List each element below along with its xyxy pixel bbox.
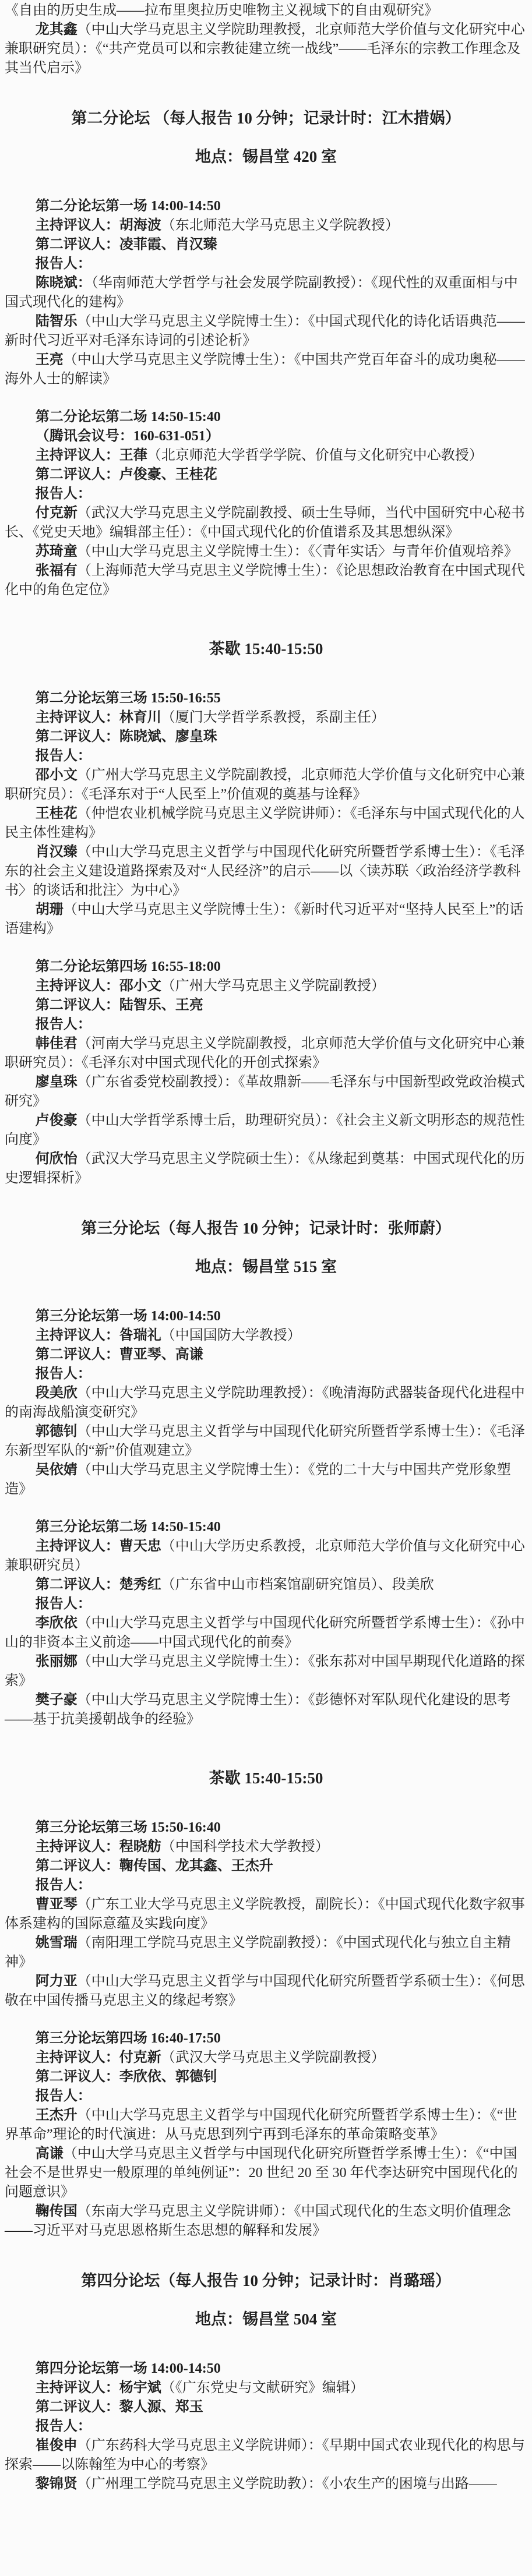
forum-location: 地点：锡昌堂 504 室: [5, 2308, 527, 2330]
forum-location: 地点：锡昌堂 515 室: [5, 1256, 527, 1278]
session-title: 第三分论坛第一场 14:00-14:50: [5, 1307, 527, 1326]
host-reviewer: 主持评议人：王葎（北京师范大学哲学学院、价值与文化研究中心教授）: [5, 446, 527, 465]
second-reviewer-label: 第二评议人：: [36, 998, 119, 1013]
host-reviewer-detail: （东北师范大学马克思主义学院教授）: [161, 218, 399, 233]
second-reviewer: 第二评议人：楚秀红（广东省中山市档案馆副研究馆员）、段美欣: [5, 1575, 527, 1595]
speaker-entry: 肖汉臻（中山大学马克思主义哲学与中国现代化研究所暨哲学系博士生）：《毛泽东的社会…: [5, 843, 527, 900]
host-reviewer-label: 主持评议人：: [36, 978, 119, 994]
second-reviewer-label: 第二评议人：: [36, 729, 119, 744]
speaker-name: 姚雪瑞: [36, 1935, 77, 1950]
speaker-name: 苏琦童: [36, 544, 77, 559]
forum-header: 第四分论坛（每人报告 10 分钟；记录计时：肖璐瑶）: [5, 2270, 527, 2292]
second-reviewer: 第二评议人：黎人源、郑玉: [5, 2398, 527, 2417]
second-reviewer-name: 卢俊豪、王桂花: [119, 467, 217, 482]
speaker-entry: 卢俊豪（中山大学哲学系博士后，助理研究员）：《社会主义新文明形态的规范性向度》: [5, 1111, 527, 1150]
host-reviewer-label: 主持评议人：: [36, 218, 119, 233]
host-reviewer-name: 杨宇斌: [119, 2380, 161, 2395]
speaker-entry: 樊子豪（中山大学马克思主义学院博士生）：《彭德怀对军队现代化建设的思考——基于抗…: [5, 1691, 527, 1729]
speakers-label: 报告人：: [5, 1015, 527, 1034]
carryover-speaker: 龙其鑫（中山大学马克思主义学院助理教授，北京师范大学价值与文化研究中心兼职研究员…: [5, 20, 527, 78]
speaker-entry: 廖皇珠（广东省委党校副教授）：《革故鼎新——毛泽东与中国新型政党政治模式研究》: [5, 1073, 527, 1111]
second-reviewer: 第二评议人：卢俊豪、王桂花: [5, 465, 527, 485]
speakers-label-text: 报告人：: [36, 748, 91, 764]
speaker-name: 王亮: [36, 352, 64, 368]
speakers-label-text: 报告人：: [36, 1017, 91, 1032]
speaker-detail: （武汉大学马克思主义学院副教授、硕士生导师，当代中国研究中心秘书长、《党史天地》…: [5, 506, 525, 540]
second-reviewer-detail: （广东省中山市档案馆副研究馆员）、段美欣: [161, 1577, 434, 1592]
speaker-detail: （中山大学马克思主义学院博士生）：《新时代习近平对“坚持人民至上”的话语建构》: [5, 902, 523, 937]
speaker-entry: 何欣怡（武汉大学马克思主义学院硕士生）：《从缘起到奠基：中国式现代化的历史逻辑探…: [5, 1150, 527, 1188]
host-reviewer-label: 主持评议人：: [36, 1328, 119, 1343]
second-reviewer: 第二评议人：鞠传国、龙其鑫、王杰升: [5, 1857, 527, 1876]
speaker-name: 李欣依: [36, 1616, 77, 1631]
speaker-name: 张福有: [36, 563, 77, 578]
speaker-detail: （中山大学马克思主义学院博士生）：《党的二十大与中国共产党形象塑造》: [5, 1462, 511, 1497]
speaker-name: 张丽娜: [36, 1654, 77, 1669]
speaker-detail: （中山大学马克思主义哲学与中国现代化研究所暨哲学系博士生）：《孙中山的非资本主义…: [5, 1616, 525, 1650]
speaker-entry: 张丽娜（中山大学马克思主义学院博士生）：《张东荪对中国早期现代化道路的探索》: [5, 1652, 527, 1691]
speakers-label-text: 报告人：: [36, 2089, 91, 2104]
host-reviewer-detail: （武汉大学马克思主义学院副教授）: [161, 2050, 385, 2065]
second-reviewer: 第二评议人：陈晓斌、廖皇珠: [5, 727, 527, 747]
host-reviewer-name: 曹天忠: [119, 1539, 161, 1554]
speaker-detail: （中山大学马克思主义学院助理教授）：《晚清海防武器装备现代化进程中的南海战船演变…: [5, 1386, 525, 1420]
speaker-entry: 吴依婧（中山大学马克思主义学院博士生）：《党的二十大与中国共产党形象塑造》: [5, 1461, 527, 1499]
carryover-paper-title: 《自由的历史生成——拉布里奥拉历史唯物主义视域下的自由观研究》: [5, 1, 527, 20]
session-title: 第二分论坛第二场 14:50-15:40: [5, 408, 527, 427]
speaker-entry: 高谦（中山大学马克思主义哲学与中国现代化研究所暨哲学系博士生）：《“中国社会不是…: [5, 2144, 527, 2202]
speakers-label: 报告人：: [5, 2087, 527, 2106]
speaker-entry: 付克新（武汉大学马克思主义学院副教授、硕士生导师，当代中国研究中心秘书长、《党史…: [5, 504, 527, 542]
speaker-detail: （广州大学马克思主义学院副教授，北京师范大学价值与文化研究中心兼职研究员）：《毛…: [5, 768, 525, 802]
host-reviewer-label: 主持评议人：: [36, 2380, 119, 2395]
speaker-entry: 崔俊申（广东药科大学马克思主义学院讲师）：《早期中国式农业现代化的构思与探索——…: [5, 2436, 527, 2475]
speaker-name: 陈晓斌：: [36, 275, 91, 291]
host-reviewer: 主持评议人：付克新（武汉大学马克思主义学院副教授）: [5, 2048, 527, 2068]
host-reviewer-label: 主持评议人：: [36, 2050, 119, 2065]
session-title: 第二分论坛第三场 15:50-16:55: [5, 689, 527, 708]
speaker-entry: 胡珊（中山大学马克思主义学院博士生）：《新时代习近平对“坚持人民至上”的话语建构…: [5, 900, 527, 939]
host-reviewer-detail: （北京师范大学哲学学院、价值与文化研究中心教授）: [147, 448, 483, 463]
speaker-name: 樊子豪: [36, 1692, 77, 1708]
speaker-name: 邵小文: [36, 768, 77, 783]
speaker-detail: （仲恺农业机械学院马克思主义学院讲师）：《毛泽东与中国式现代化的人民主体性建构》: [5, 806, 525, 840]
speakers-label: 报告人：: [5, 1595, 527, 1614]
host-reviewer: 主持评议人：林育川（厦门大学哲学系教授，系副主任）: [5, 708, 527, 727]
speaker-entry: 黎锦贤（广州理工学院马克思主义学院助教）：《小农生产的困境与出路——: [5, 2475, 527, 2494]
speakers-label-text: 报告人：: [36, 486, 91, 501]
forum-location: 地点：锡昌堂 420 室: [5, 146, 527, 168]
speakers-label-text: 报告人：: [36, 1596, 91, 1612]
speaker-entry: 张福有（上海师范大学马克思主义学院博士生）：《论思想政治教育在中国式现代化中的角…: [5, 561, 527, 600]
second-reviewer: 第二评议人：李欣依、郭德钊: [5, 2068, 527, 2087]
speaker-entry: 王桂花（仲恺农业机械学院马克思主义学院讲师）：《毛泽东与中国式现代化的人民主体性…: [5, 804, 527, 843]
speaker-detail: （武汉大学马克思主义学院硕士生）：《从缘起到奠基：中国式现代化的历史逻辑探析》: [5, 1151, 525, 1186]
host-reviewer-label: 主持评议人：: [36, 710, 119, 725]
second-reviewer-name: 陈晓斌、廖皇珠: [119, 729, 217, 744]
host-reviewer-name: 程晓舫: [119, 1839, 161, 1854]
speaker-name: 付克新: [36, 506, 77, 521]
speakers-label-text: 报告人：: [36, 1878, 91, 1893]
speaker-name: 陆智乐: [36, 314, 77, 329]
second-reviewer: 第二评议人：凌菲霞、肖汉臻: [5, 235, 527, 255]
session-title: 第三分论坛第三场 15:50-16:40: [5, 1818, 527, 1838]
second-reviewer-label: 第二评议人：: [36, 2069, 119, 2084]
speaker-name: 王杰升: [36, 2108, 77, 2123]
carryover-speaker-detail: （中山大学马克思主义学院助理教授，北京师范大学价值与文化研究中心兼职研究员）：《…: [5, 22, 525, 76]
speaker-name: 吴依婧: [36, 1462, 77, 1478]
speaker-detail: （中山大学马克思主义哲学与中国现代化研究所暨哲学系博士生）：《“中国社会不是世界…: [5, 2146, 518, 2200]
speaker-name: 崔俊申: [36, 2438, 77, 2453]
speaker-detail: （中山大学马克思主义学院博士生）：《中国式现代化的诗化话语典范——新时代习近平对…: [5, 314, 525, 348]
speaker-name: 王桂花: [36, 806, 77, 821]
speaker-detail: （广东药科大学马克思主义学院讲师）：《早期中国式农业现代化的构思与探索——以陈翰…: [5, 2438, 525, 2472]
speaker-entry: 李欣依（中山大学马克思主义哲学与中国现代化研究所暨哲学系博士生）：《孙中山的非资…: [5, 1614, 527, 1652]
forums: 第二分论坛 （每人报告 10 分钟；记录计时：江木措娲）地点：锡昌堂 420 室…: [5, 107, 527, 2494]
second-reviewer-name: 曹亚琴、高谦: [119, 1347, 203, 1362]
speaker-entry: 段美欣（中山大学马克思主义学院助理教授）：《晚清海防武器装备现代化进程中的南海战…: [5, 1384, 527, 1422]
session-title: 第三分论坛第四场 16:40-17:50: [5, 2029, 527, 2048]
forum-header: 第三分论坛（每人报告 10 分钟；记录计时：张师蔚）: [5, 1217, 527, 1239]
session-block: 第四分论坛第一场 14:00-14:50主持评议人：杨宇斌（《广东党史与文献研究…: [5, 2359, 527, 2494]
host-reviewer: 主持评议人：曹天忠（中山大学历史系教授，北京师范大学价值与文化研究中心兼职研究员…: [5, 1537, 527, 1575]
host-reviewer: 主持评议人：胡海波（东北师范大学马克思主义学院教授）: [5, 216, 527, 235]
speaker-entry: 姚雪瑞（南阳理工学院马克思主义学院副教授）：《中国式现代化与独立自主精神》: [5, 1934, 527, 1972]
speaker-name: 肖汉臻: [36, 844, 77, 860]
speaker-entry: 曹亚琴（广东工业大学马克思主义学院教授，副院长）：《中国式现代化数字叙事体系建构…: [5, 1895, 527, 1934]
host-reviewer: 主持评议人：杨宇斌（《广东党史与文献研究》编辑）: [5, 2379, 527, 2398]
session-block: 第三分论坛第四场 16:40-17:50主持评议人：付克新（武汉大学马克思主义学…: [5, 2029, 527, 2241]
second-reviewer-name: 鞠传国、龙其鑫、王杰升: [119, 1858, 273, 1874]
speakers-label: 报告人：: [5, 747, 527, 766]
speaker-name: 卢俊豪: [36, 1113, 77, 1128]
speaker-entry: 韩佳君（河南大学马克思主义学院副教授，北京师范大学价值与文化研究中心兼职研究员）…: [5, 1034, 527, 1073]
speakers-label: 报告人：: [5, 2417, 527, 2436]
speaker-entry: 王杰升（中山大学马克思主义哲学与中国现代化研究所暨哲学系博士生）：《“世界革命”…: [5, 2106, 527, 2144]
speakers-label-text: 报告人：: [36, 256, 91, 271]
speaker-entry: 陆智乐（中山大学马克思主义学院博士生）：《中国式现代化的诗化话语典范——新时代习…: [5, 312, 527, 351]
speaker-name: 何欣怡: [36, 1151, 77, 1167]
speaker-name: 廖皇珠: [36, 1075, 77, 1090]
tea-break: 茶歇 15:40-15:50: [5, 1767, 527, 1789]
session-block: 第二分论坛第一场 14:00-14:50主持评议人：胡海波（东北师范大学马克思主…: [5, 197, 527, 389]
session-block: 第三分论坛第二场 14:50-15:40主持评议人：曹天忠（中山大学历史系教授，…: [5, 1518, 527, 1729]
speakers-label-text: 报告人：: [36, 2419, 91, 2434]
speaker-name: 胡珊: [36, 902, 64, 917]
speaker-name: 曹亚琴: [36, 1897, 77, 1912]
speaker-entry: 苏琦童（中山大学马克思主义学院博士生）：《〈青年实话〉与青年价值观培养》: [5, 542, 527, 561]
second-reviewer-name: 李欣依、郭德钊: [119, 2069, 217, 2084]
session-title: 第三分论坛第二场 14:50-15:40: [5, 1518, 527, 1537]
session-title: 第四分论坛第一场 14:00-14:50: [5, 2359, 527, 2379]
speaker-detail: （中山大学马克思主义学院博士生）：《中国共产党百年奋斗的成功奥秘——海外人士的解…: [5, 352, 525, 387]
second-reviewer-name: 陆智乐、王亮: [119, 998, 203, 1013]
speaker-entry: 邵小文（广州大学马克思主义学院副教授，北京师范大学价值与文化研究中心兼职研究员）…: [5, 766, 527, 804]
speakers-label: 报告人：: [5, 1365, 527, 1384]
host-reviewer-detail: （中国国防大学教授）: [161, 1328, 301, 1343]
session-title: 第二分论坛第四场 16:55-18:00: [5, 957, 527, 977]
second-reviewer-name: 黎人源、郑玉: [119, 2400, 203, 2415]
speaker-detail: （中山大学马克思主义学院博士生）：《彭德怀对军队现代化建设的思考——基于抗美援朝…: [5, 1692, 511, 1727]
speaker-detail: （中山大学马克思主义哲学与中国现代化研究所暨哲学系硕士生）：《何思敬在中国传播马…: [5, 1974, 525, 2008]
speaker-name: 韩佳君: [36, 1036, 77, 1051]
second-reviewer: 第二评议人：陆智乐、王亮: [5, 996, 527, 1015]
speaker-detail: （河南大学马克思主义学院副教授，北京师范大学价值与文化研究中心兼职研究员）：《毛…: [5, 1036, 525, 1070]
host-reviewer-label: 主持评议人：: [36, 448, 119, 463]
speaker-name: 黎锦贤: [36, 2476, 77, 2492]
speaker-detail: （广州理工学院马克思主义学院助教）：《小农生产的困境与出路——: [77, 2476, 497, 2492]
speaker-detail: （中山大学马克思主义哲学与中国现代化研究所暨哲学系博士生）：《毛泽东新型军队的“…: [5, 1424, 525, 1458]
speaker-detail: （东南大学马克思主义学院讲师）：《中国式现代化的生态文明价值理念——习近平对马克…: [5, 2204, 511, 2238]
speaker-entry: 阿力亚（中山大学马克思主义哲学与中国现代化研究所暨哲学系硕士生）：《何思敬在中国…: [5, 1972, 527, 2010]
second-reviewer-label: 第二评议人：: [36, 1577, 119, 1592]
host-reviewer-detail: （中国科学技术大学教授）: [161, 1839, 329, 1854]
speakers-label: 报告人：: [5, 255, 527, 274]
speaker-detail: （上海师范大学马克思主义学院博士生）：《论思想政治教育在中国式现代化中的角色定位…: [5, 563, 525, 598]
session-block: 第二分论坛第二场 14:50-15:40（腾讯会议号：160-631-051）主…: [5, 408, 527, 600]
carryover-speaker-name: 龙其鑫: [36, 22, 77, 37]
session-block: 第三分论坛第三场 15:50-16:40主持评议人：程晓舫（中国科学技术大学教授…: [5, 1818, 527, 2010]
host-reviewer-name: 昝瑞礼: [119, 1328, 161, 1343]
session-block: 第二分论坛第四场 16:55-18:00主持评议人：邵小文（广州大学马克思主义学…: [5, 957, 527, 1188]
second-reviewer-label: 第二评议人：: [36, 467, 119, 482]
tea-break: 茶歇 15:40-15:50: [5, 638, 527, 660]
host-reviewer-name: 付克新: [119, 2050, 161, 2065]
session-subtitle: （腾讯会议号：160-631-051）: [5, 427, 527, 446]
speaker-name: 段美欣: [36, 1386, 77, 1401]
speaker-detail: （中山大学马克思主义哲学与中国现代化研究所暨哲学系博士生）：《“世界革命”理论的…: [5, 2108, 517, 2142]
speakers-label: 报告人：: [5, 1876, 527, 1895]
second-reviewer-name: 楚秀红: [119, 1577, 161, 1592]
speaker-entry: 王亮（中山大学马克思主义学院博士生）：《中国共产党百年奋斗的成功奥秘——海外人士…: [5, 351, 527, 389]
document-page: 《自由的历史生成——拉布里奥拉历史唯物主义视域下的自由观研究》 龙其鑫（中山大学…: [0, 0, 532, 2494]
host-reviewer-label: 主持评议人：: [36, 1539, 119, 1554]
speaker-detail: （广东工业大学马克思主义学院教授，副院长）：《中国式现代化数字叙事体系建构的国际…: [5, 1897, 525, 1931]
speaker-name: 郭德钊: [36, 1424, 77, 1439]
session-block: 第二分论坛第三场 15:50-16:55主持评议人：林育川（厦门大学哲学系教授，…: [5, 689, 527, 939]
session-block: 第三分论坛第一场 14:00-14:50主持评议人：昝瑞礼（中国国防大学教授）第…: [5, 1307, 527, 1499]
host-reviewer-detail: （《广东党史与文献研究》编辑）: [161, 2380, 364, 2395]
host-reviewer: 主持评议人：邵小文（广州大学马克思主义学院副教授）: [5, 977, 527, 996]
second-reviewer-label: 第二评议人：: [36, 237, 119, 252]
speakers-label-text: 报告人：: [36, 1366, 91, 1381]
speaker-name: 高谦: [36, 2146, 64, 2161]
speaker-detail: （广东省委党校副教授）：《革故鼎新——毛泽东与中国新型政党政治模式研究》: [5, 1075, 525, 1109]
speaker-entry: 郭德钊（中山大学马克思主义哲学与中国现代化研究所暨哲学系博士生）：《毛泽东新型军…: [5, 1422, 527, 1461]
speaker-entry: 陈晓斌：（华南师范大学哲学与社会发展学院副教授）：《现代性的双重面相与中国式现代…: [5, 274, 527, 312]
second-reviewer: 第二评议人：曹亚琴、高谦: [5, 1345, 527, 1365]
forum-header: 第二分论坛 （每人报告 10 分钟；记录计时：江木措娲）: [5, 107, 527, 129]
host-reviewer-name: 林育川: [119, 710, 161, 725]
speakers-label: 报告人：: [5, 485, 527, 504]
speaker-detail: （中山大学马克思主义哲学与中国现代化研究所暨哲学系博士生）：《毛泽东的社会主义建…: [5, 844, 525, 898]
speaker-detail: （南阳理工学院马克思主义学院副教授）：《中国式现代化与独立自主精神》: [5, 1935, 511, 1970]
speaker-name: 阿力亚: [36, 1974, 77, 1989]
host-reviewer-detail: （广州大学马克思主义学院副教授）: [161, 978, 385, 994]
second-reviewer-label: 第二评议人：: [36, 1858, 119, 1874]
host-reviewer: 主持评议人：程晓舫（中国科学技术大学教授）: [5, 1838, 527, 1857]
speaker-detail: （中山大学马克思主义学院博士生）：《〈青年实话〉与青年价值观培养》: [77, 544, 518, 559]
host-reviewer-name: 胡海波: [119, 218, 161, 233]
second-reviewer-label: 第二评议人：: [36, 1347, 119, 1362]
speaker-entry: 鞠传国（东南大学马克思主义学院讲师）：《中国式现代化的生态文明价值理念——习近平…: [5, 2202, 527, 2241]
second-reviewer-name: 凌菲霞、肖汉臻: [119, 237, 217, 252]
host-reviewer-name: 王葎: [119, 448, 147, 463]
host-reviewer-label: 主持评议人：: [36, 1839, 119, 1854]
speaker-detail: （中山大学马克思主义学院博士生）：《张东荪对中国早期现代化道路的探索》: [5, 1654, 525, 1688]
second-reviewer-label: 第二评议人：: [36, 2400, 119, 2415]
session-title: 第二分论坛第一场 14:00-14:50: [5, 197, 527, 216]
host-reviewer-detail: （厦门大学哲学系教授，系副主任）: [161, 710, 385, 725]
host-reviewer-name: 邵小文: [119, 978, 161, 994]
speaker-detail: （中山大学哲学系博士后，助理研究员）：《社会主义新文明形态的规范性向度》: [5, 1113, 525, 1147]
speaker-name: 鞠传国: [36, 2204, 77, 2219]
host-reviewer: 主持评议人：昝瑞礼（中国国防大学教授）: [5, 1326, 527, 1345]
